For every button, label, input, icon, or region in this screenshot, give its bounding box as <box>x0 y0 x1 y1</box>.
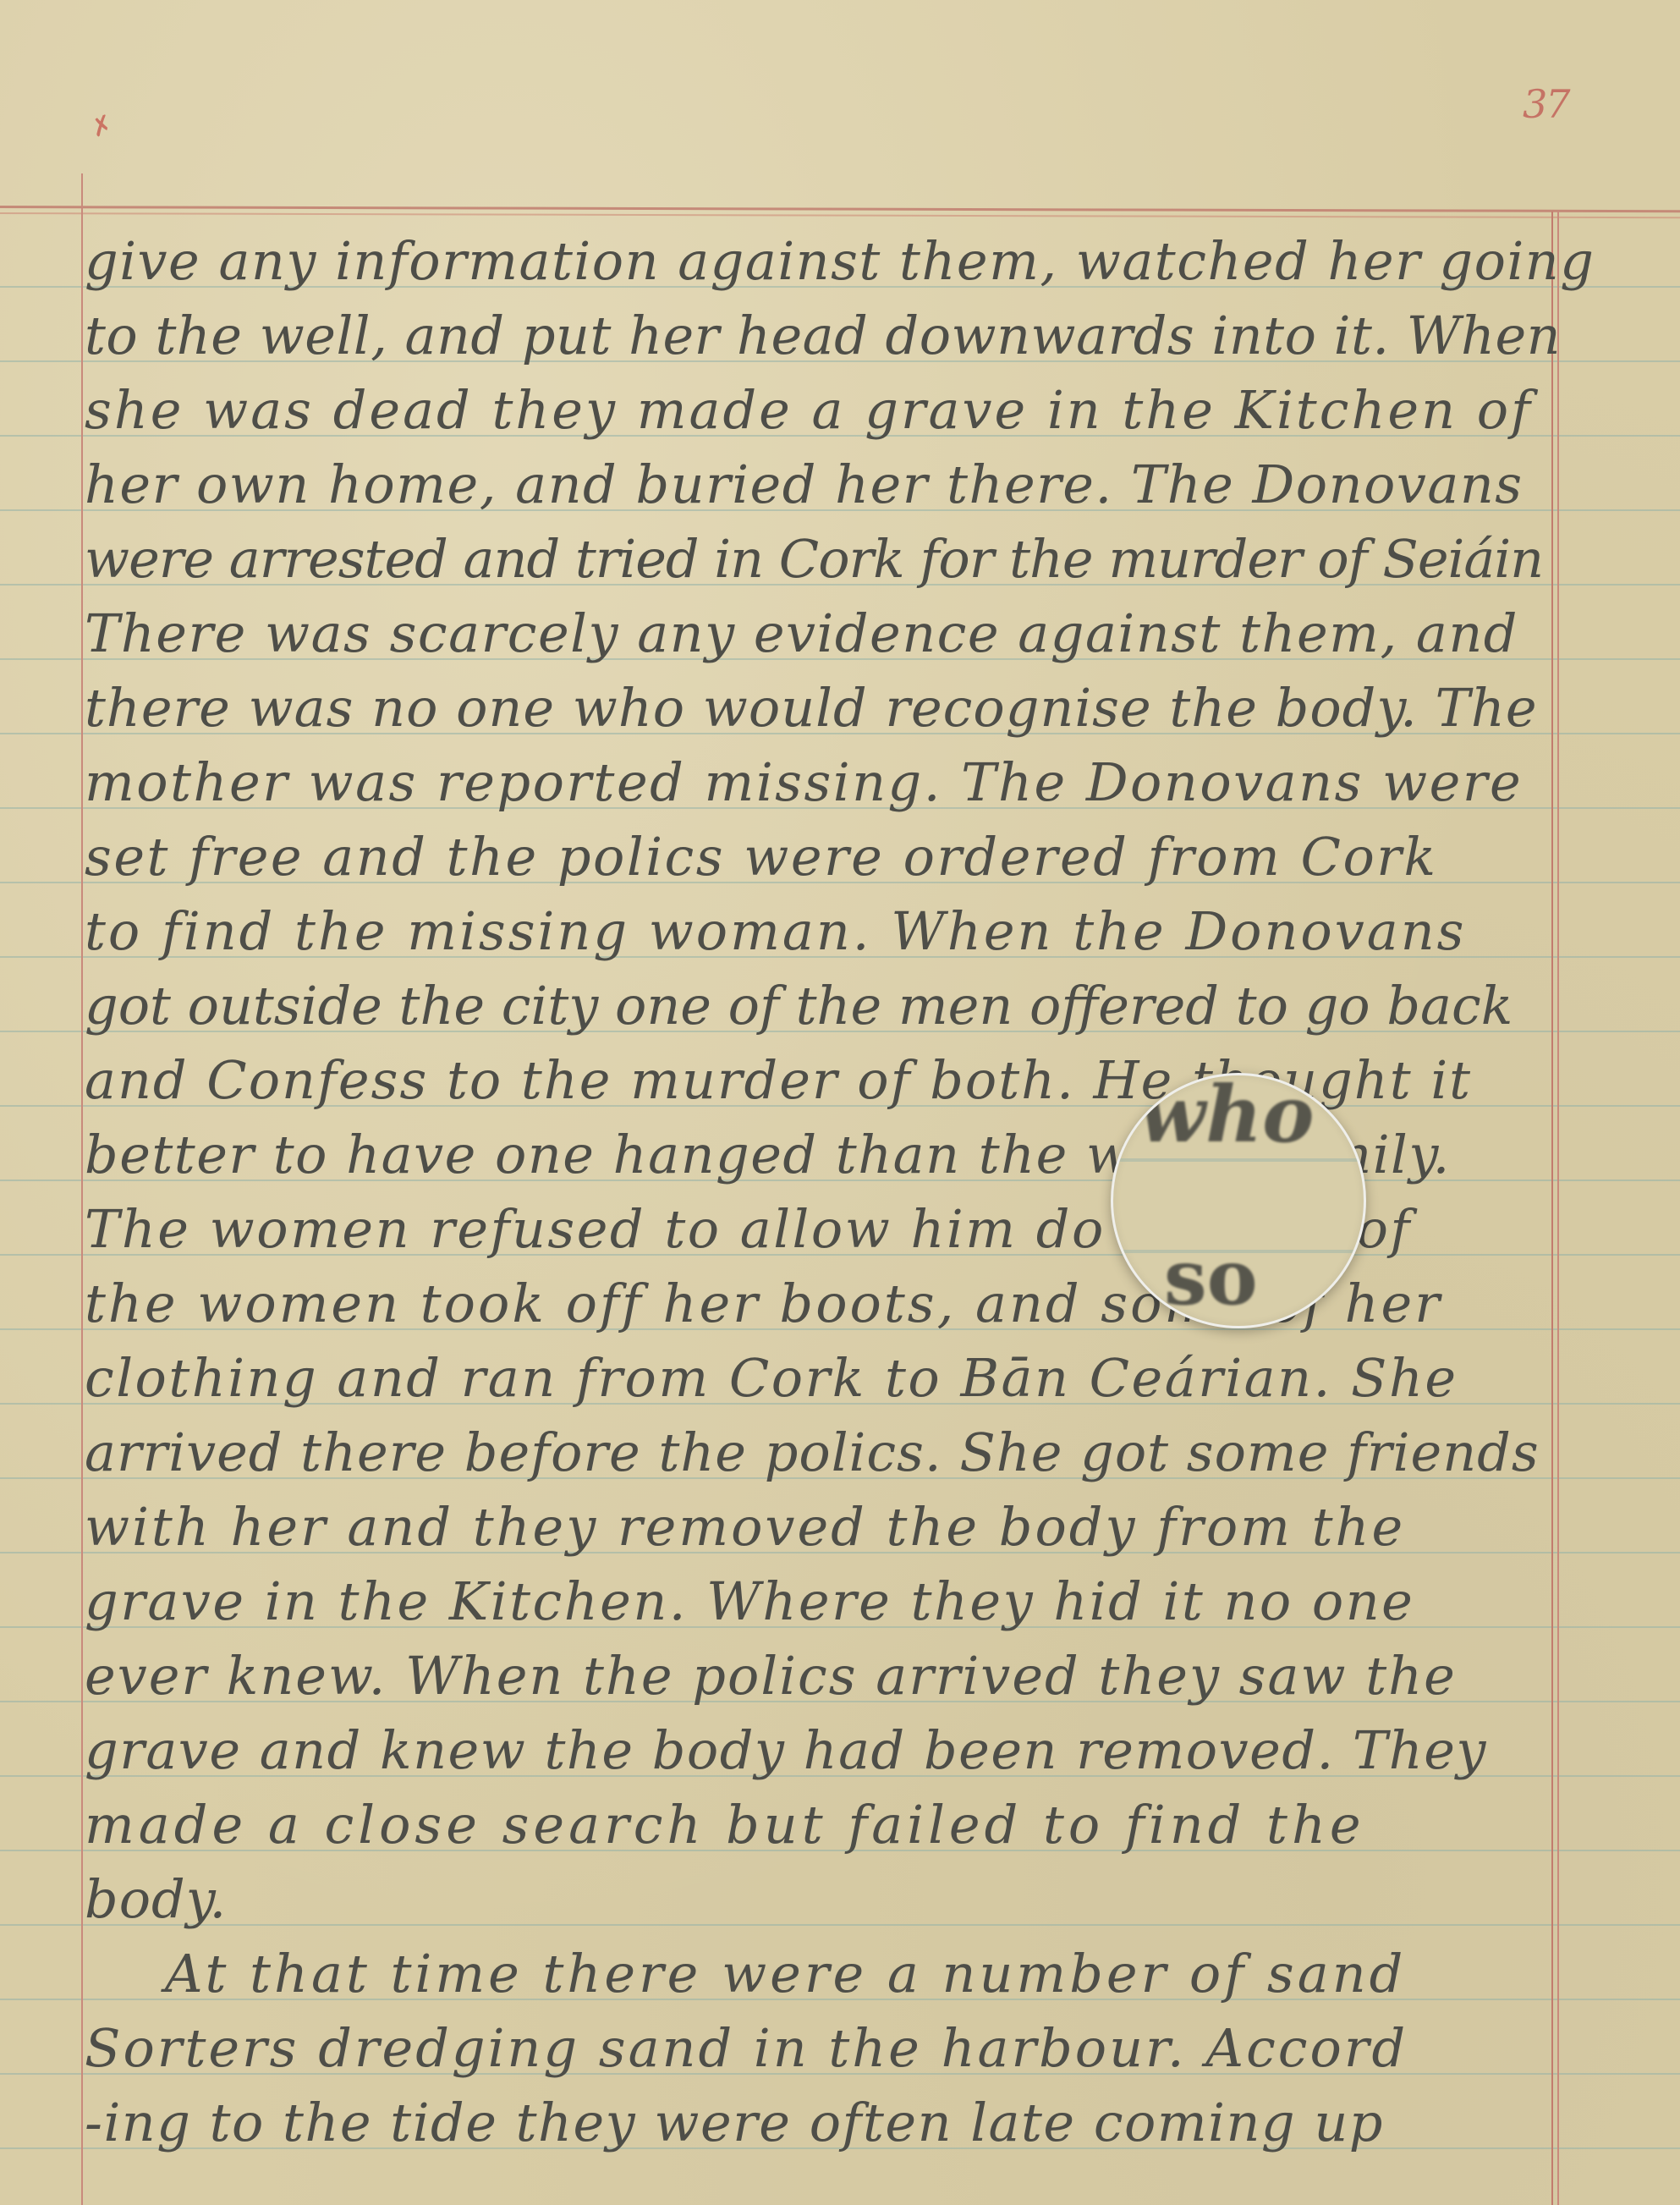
text-line: with her and they removed the body from … <box>85 1496 1405 1558</box>
right-margin-rule-secondary <box>1557 212 1559 2205</box>
text-line: Sorters dredging sand in the harbour. Ac… <box>85 2017 1408 2079</box>
ruled-line <box>0 1924 1680 1926</box>
text-line: -ing to the tide they were often late co… <box>85 2092 1384 2153</box>
text-line: mother was reported missing. The Donovan… <box>85 751 1523 813</box>
magnified-word-bottom: so <box>1164 1233 1258 1322</box>
text-line: ever knew. When the polics arrived they … <box>85 1645 1457 1707</box>
top-margin-rule <box>0 206 1680 212</box>
text-line: got outside the city one of the men offe… <box>85 975 1513 1037</box>
text-line: to the well, and put her head downwards … <box>85 305 1561 366</box>
text-line: grave and knew the body had been removed… <box>85 1719 1487 1781</box>
text-line: arrived there before the polics. She got… <box>85 1421 1540 1483</box>
text-line: set free and the polics were ordered fro… <box>85 826 1438 888</box>
right-margin-rule <box>1551 212 1553 2205</box>
left-margin-rule <box>81 173 83 2205</box>
text-line: give any information against them, watch… <box>85 230 1595 292</box>
top-margin-rule-secondary <box>0 212 1680 218</box>
text-line: she was dead they made a grave in the Ki… <box>85 379 1533 441</box>
text-line: grave in the Kitchen. Where they hid it … <box>85 1570 1414 1632</box>
text-line: there was no one who would recognise the… <box>85 677 1538 739</box>
text-line: clothing and ran from Cork to Bān Ceária… <box>85 1347 1458 1409</box>
text-line: her own home, and buried her there. The … <box>85 454 1524 515</box>
page-number: 37 <box>1523 81 1569 127</box>
text-line: to find the missing woman. When the Dono… <box>85 900 1466 962</box>
magnifier-lens[interactable]: who so <box>1111 1073 1366 1328</box>
text-line: There was scarcely any evidence against … <box>85 602 1518 664</box>
text-line: At that time there were a number of sand <box>85 1943 1406 2004</box>
text-line: body. <box>85 1868 227 1930</box>
magnified-word-top: who <box>1139 1073 1314 1160</box>
manuscript-page: ✗ 37 give any information against them, … <box>0 0 1680 2205</box>
text-line: were arrested and tried in Cork for the … <box>85 528 1543 590</box>
text-line: made a close search but failed to find t… <box>85 1794 1365 1856</box>
corner-mark: ✗ <box>87 109 118 144</box>
